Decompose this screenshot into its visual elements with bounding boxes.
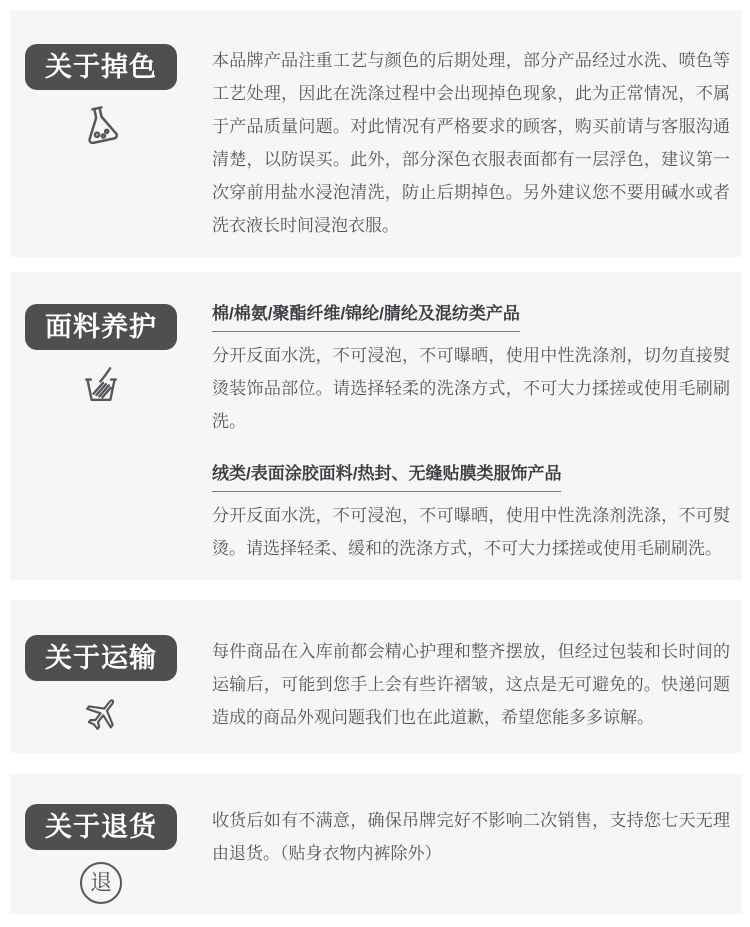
color-fading-paragraph: 本品牌产品注重工艺与颜色的后期处理，部分产品经过水洗、喷色等工艺处理，因此在洗涤… [212, 44, 730, 242]
section-fabric-care-left: 面料养护 [25, 304, 212, 565]
section-returns: 关于退货 退 收货后如有不满意，确保吊牌完好不影响二次销售，支持您七天无理由退货… [10, 774, 742, 914]
section-title-color-fading: 关于掉色 [25, 44, 177, 90]
flask-icon [73, 98, 129, 157]
fabric-care-heading-cotton: 棉/棉氨/聚酯纤维/锦纶/腈纶及混纺类产品 [212, 304, 520, 332]
returns-paragraph: 收货后如有不满意，确保吊牌完好不影响二次销售，支持您七天无理由退货。（贴身衣物内… [212, 804, 730, 870]
section-shipping-left: 关于运输 [25, 635, 212, 738]
return-icon-glyph: 退 [90, 872, 112, 894]
fabric-care-subsection-velvet: 绒类/表面涂胶面料/热封、无缝贴膜类服饰产品 分开反面水洗，不可浸泡，不可曝晒，… [212, 464, 730, 565]
fabric-care-heading-velvet: 绒类/表面涂胶面料/热封、无缝贴膜类服饰产品 [212, 464, 561, 492]
hand-wash-icon [79, 362, 123, 411]
section-color-fading: 关于掉色 本品牌产品注重工艺与颜色的后期处理，部分产品经过水洗、喷色等工艺处理，… [10, 10, 742, 257]
section-shipping: 关于运输 每件商品在入库前都会精心护理和整齐摆放，但经过包装和长时间的运输后，可… [10, 600, 742, 753]
section-title-fabric-care: 面料养护 [25, 304, 177, 350]
fabric-care-subsection-cotton: 棉/棉氨/聚酯纤维/锦纶/腈纶及混纺类产品 分开反面水洗，不可浸泡，不可曝晒，使… [212, 304, 730, 438]
fabric-care-body-velvet: 分开反面水洗，不可浸泡，不可曝晒，使用中性洗涤剂洗涤，不可熨烫。请选择轻柔、缓和… [212, 499, 730, 565]
section-title-shipping: 关于运输 [25, 635, 177, 681]
return-icon: 退 [80, 862, 122, 904]
shipping-paragraph: 每件商品在入库前都会精心护理和整齐摆放，但经过包装和长时间的运输后，可能到您手上… [212, 635, 730, 734]
fabric-care-body-cotton: 分开反面水洗，不可浸泡，不可曝晒，使用中性洗涤剂，切勿直接熨烫装饰品部位。请选择… [212, 339, 730, 438]
section-title-returns: 关于退货 [25, 804, 177, 850]
section-color-fading-left: 关于掉色 [25, 44, 212, 242]
section-returns-left: 关于退货 退 [25, 804, 212, 907]
section-fabric-care: 面料养护 棉/棉氨/聚酯纤维/锦纶/腈纶及混纺类产品 分开反面水洗，不可浸泡，不… [10, 272, 742, 580]
airplane-icon [71, 685, 130, 745]
